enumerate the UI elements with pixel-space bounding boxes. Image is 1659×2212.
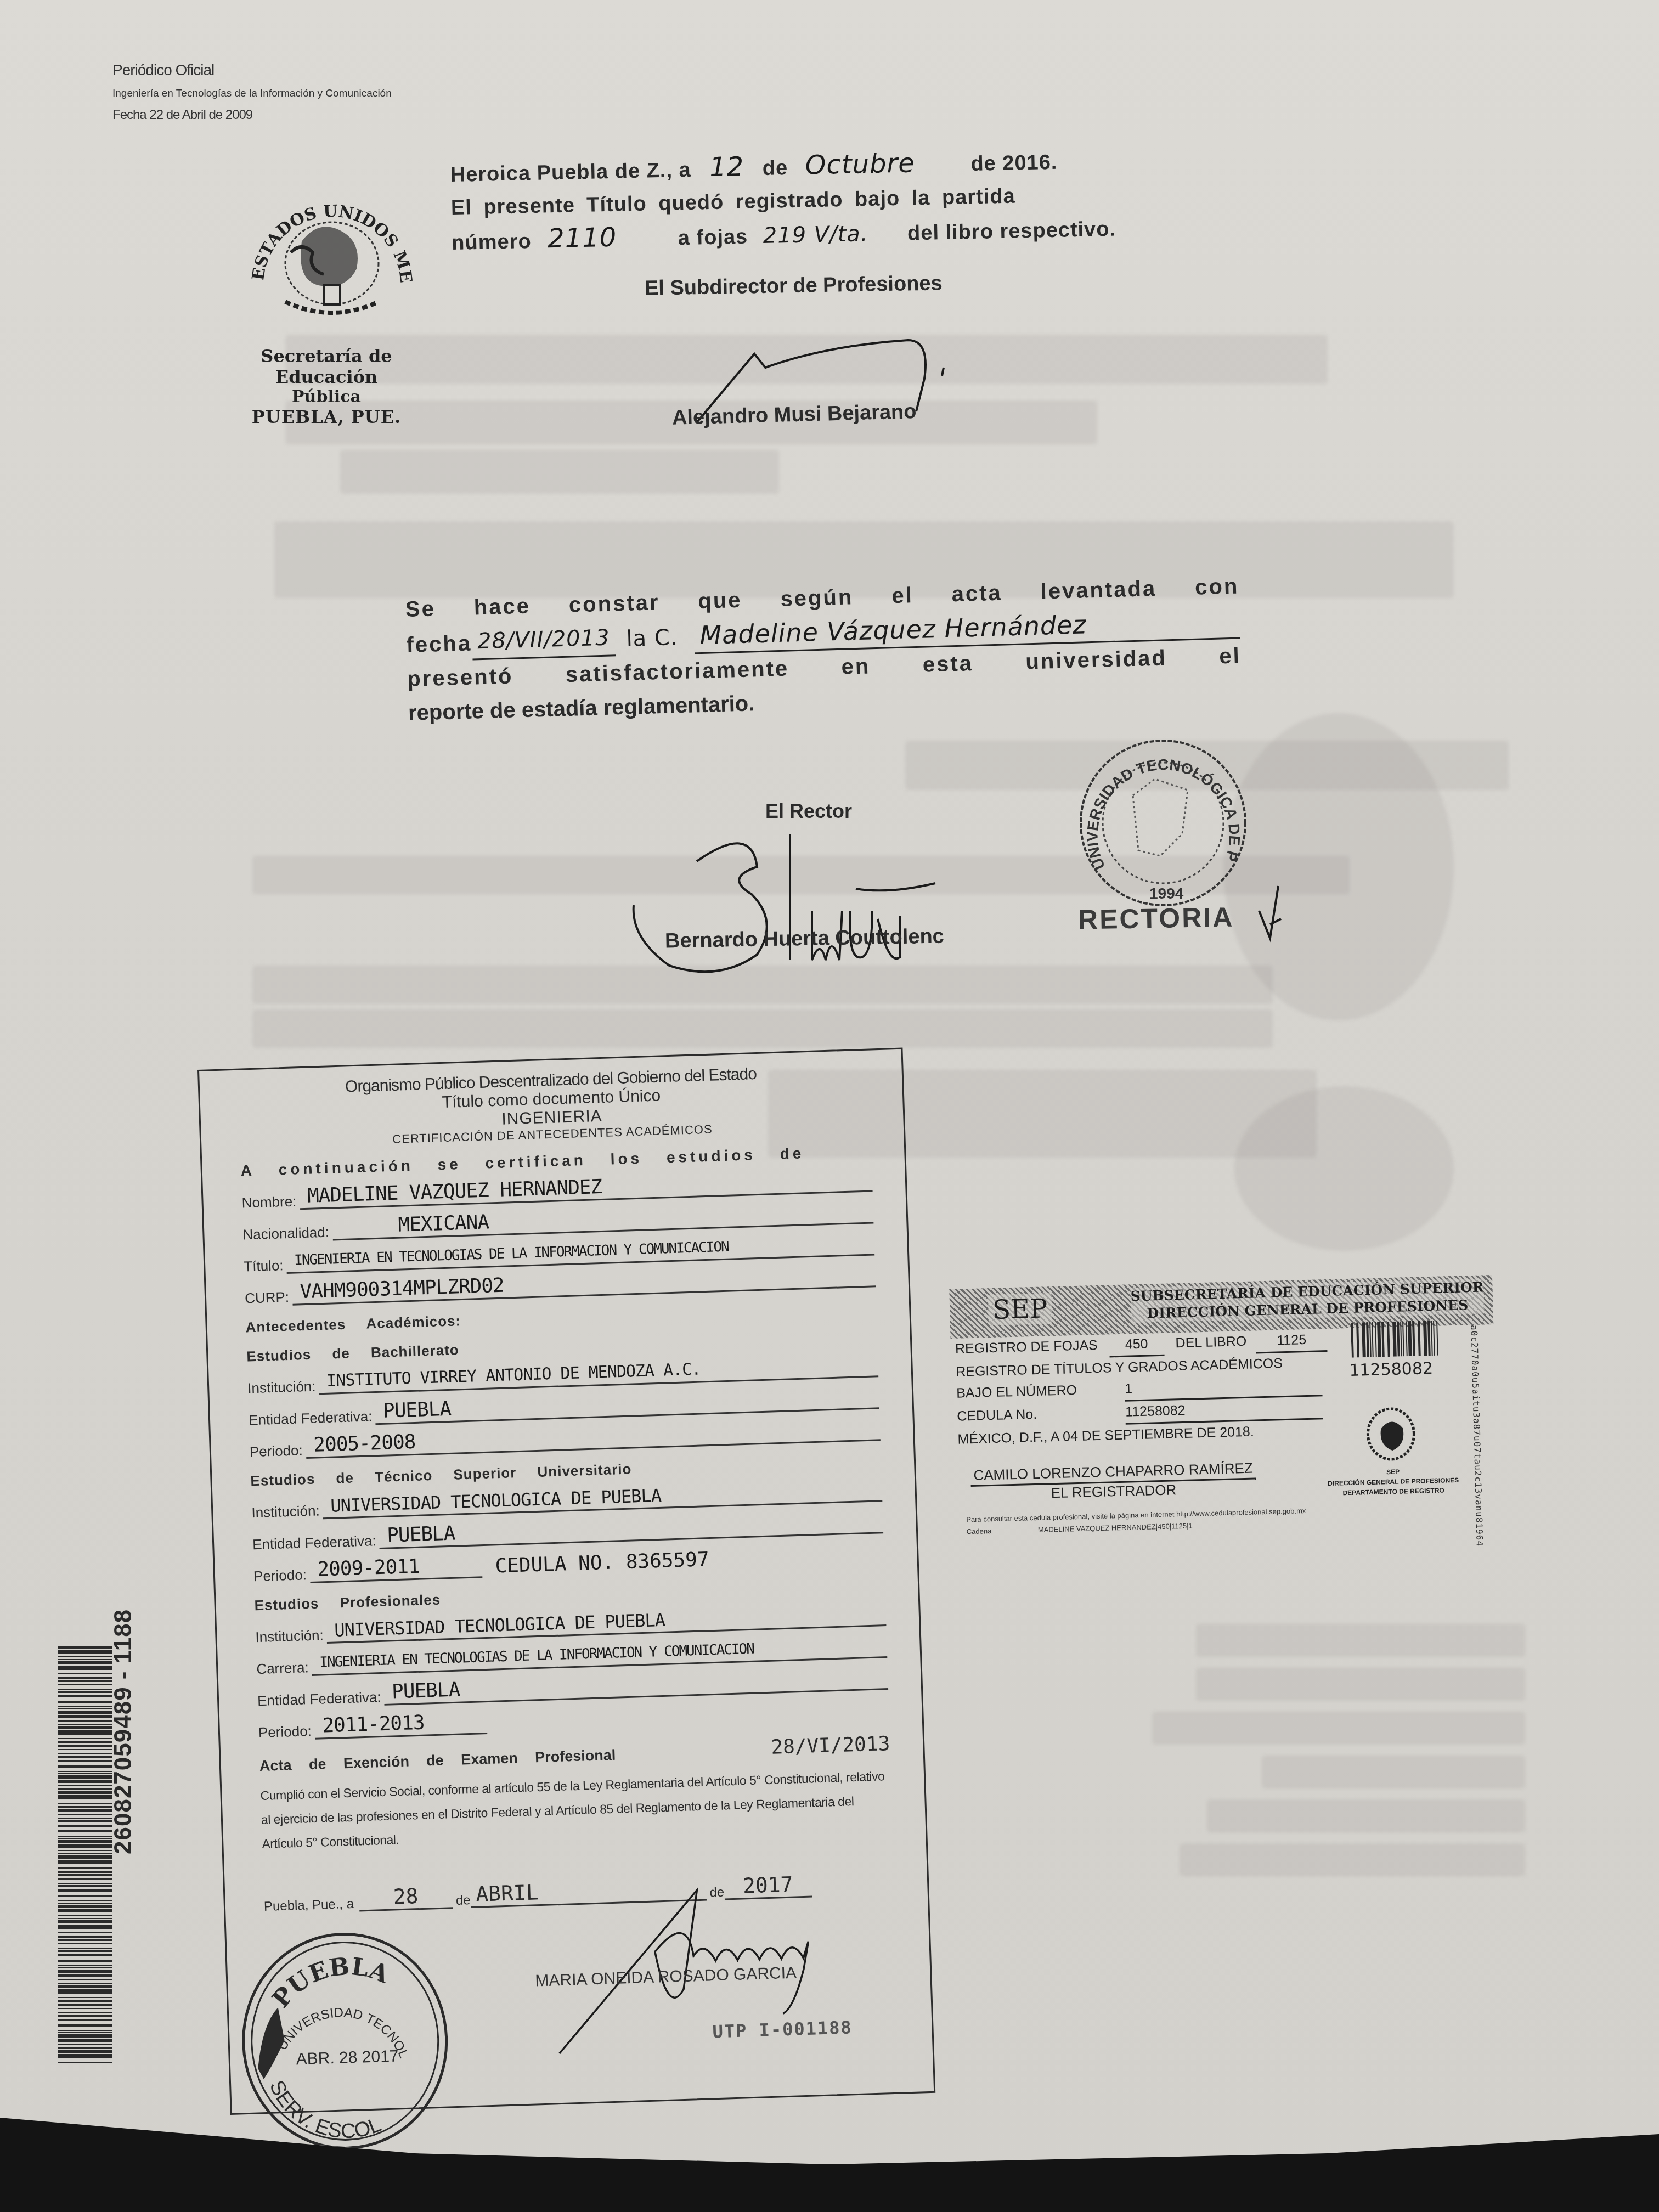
document-page: Periódico Oficial Ingeniería en Tecnolog… [0, 0, 1659, 2172]
sep-seal-label: Secretaría de Educación Pública PUEBLA, … [225, 346, 428, 427]
acta-exencion-date: 28/VI/2013 [771, 1733, 890, 1759]
sep-logo: SEP [988, 1293, 1053, 1325]
bleed-through [340, 450, 779, 494]
stamp-date: ABR. 28 2017 [296, 2047, 399, 2068]
constancia-paragraph: Se hace constar que según el acta levant… [405, 569, 1242, 730]
certification-folio: UTP I-001188 [712, 2017, 853, 2042]
sep-registration-stamp: SEP SUBSECRETARÍA DE EDUCACIÓN SUPERIOR … [949, 1269, 1504, 1542]
svg-text:UNIVERSIDAD TECNOLÓGICA DE PUE: UNIVERSIDAD TECNOLÓGICA DE PUEBLA [1073, 735, 1243, 872]
bleed-through [1262, 1756, 1525, 1788]
rector-signature [631, 801, 1015, 982]
bleed-through [1180, 1843, 1525, 1876]
servicio-social-text: Cumplió con el Servicio Social, conforme… [260, 1764, 893, 1856]
cadena-value: MADELINE VAZQUEZ HERNANDEZ|450|1125|1 [1038, 1522, 1193, 1534]
bleed-through [1196, 1668, 1525, 1701]
sep-seal-line2: Pública [225, 387, 428, 407]
bleed-through [252, 1009, 1273, 1048]
sep-fojas: 450 [1109, 1333, 1164, 1358]
sep-vertical-code: a0c2770a0u5aitu3a87u07tau2c13vanu81964 [1469, 1325, 1485, 1547]
publication-date: Fecha 22 de Abril de 2009 [112, 108, 392, 123]
rector-name: Bernardo Huerta Couttolenc [665, 925, 945, 953]
servicios-escolares-stamp: PUEBLA UNIVERSIDAD TECNOLÓGICA SERV. ESC… [232, 1920, 458, 2157]
sep-registration-fields: REGISTRO DE FOJAS 450 DEL LIBRO 1125 REG… [955, 1329, 1330, 1451]
svg-text:PUEBLA: PUEBLA [266, 1951, 394, 2014]
bleed-through [1207, 1799, 1525, 1832]
sep-registrar: CAMILO LORENZO CHAPARRO RAMÍREZ EL REGIS… [970, 1459, 1257, 1504]
partida-number: 2110 [548, 222, 617, 255]
sep-seal-line1: Secretaría de Educación [225, 346, 428, 387]
side-barcode-number: 260827059489 - 1188 [110, 1609, 137, 1854]
university-seal-icon: UNIVERSIDAD TECNOLÓGICA DE PUEBLA 1994 [1073, 735, 1259, 911]
registration-year: 2016. [1002, 151, 1058, 175]
side-barcode [58, 1646, 112, 2063]
program-name: Ingeniería en Tecnologías de la Informac… [112, 88, 392, 100]
registration-day: 12 [709, 151, 744, 183]
rector-title: El Rector [765, 800, 852, 823]
sep-footer: Para consultar esta cedula profesional, … [966, 1505, 1306, 1538]
sep-barcode-number: 11258082 [1349, 1359, 1434, 1380]
registration-month: Octubre [805, 148, 915, 180]
fojas-number: 219 V/ta. [763, 221, 868, 249]
cert-day: 28 [359, 1883, 453, 1911]
sep-department: SEP DIRECCIÓN GENERAL DE PROFESIONES DEP… [1294, 1464, 1492, 1499]
subdirector-title: El Subdirector de Profesiones [645, 272, 943, 300]
tsu-cedula-note: CEDULA NO. 8365597 [495, 1548, 709, 1577]
bleed-through-seal [1234, 1086, 1454, 1251]
acta-date: 28/VII/2013 [471, 620, 616, 660]
bleed-through [1196, 1624, 1525, 1657]
antecedentes-heading: Antecedentes Académicos: [245, 1299, 876, 1336]
svg-text:1994: 1994 [1149, 885, 1184, 902]
rectoria-label: RECTORIA [1078, 901, 1234, 936]
registration-paragraph: Heroica Puebla de Z., a 12 de Octubre de… [450, 141, 1176, 259]
sep-seal-line3: PUEBLA, PUE. [225, 407, 428, 427]
certification-box: Organismo Público Descentralizado del Go… [198, 1048, 935, 2115]
sep-barcode [1351, 1321, 1440, 1358]
mexican-coat-of-arms-icon: ESTADOS UNIDOS MEXICANOS [236, 176, 428, 329]
rectoria-initial-mark [1256, 883, 1289, 944]
sep-mini-seal-icon [1364, 1406, 1418, 1462]
bleed-through [1152, 1712, 1525, 1745]
publication-title: Periódico Oficial [112, 61, 392, 79]
publication-header: Periódico Oficial Ingeniería en Tecnolog… [112, 61, 392, 123]
sep-libro: 1125 [1256, 1329, 1328, 1353]
